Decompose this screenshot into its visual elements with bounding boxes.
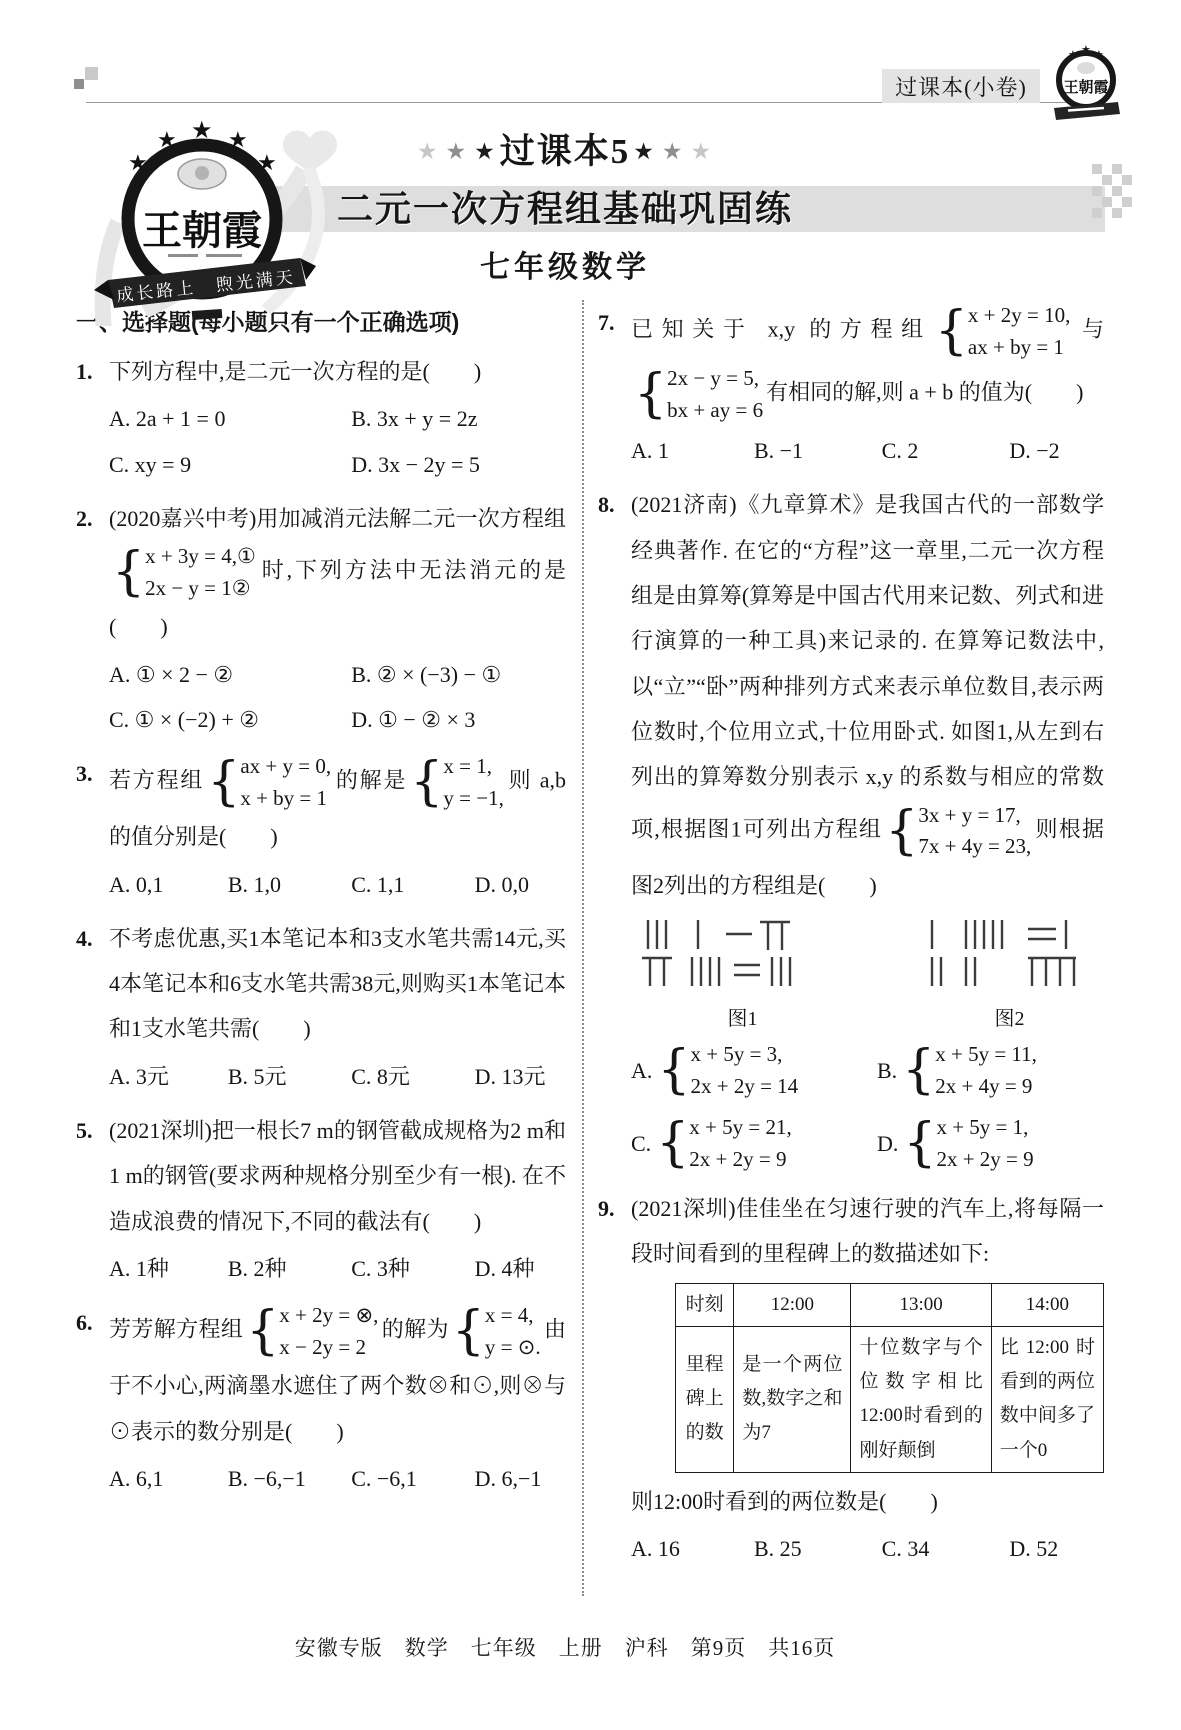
option-d: D. 13元: [475, 1054, 566, 1099]
equation-line: x + 3y = 4,①: [145, 541, 256, 573]
question-number: 2.: [76, 496, 109, 746]
equation-line: x + 5y = 11,: [935, 1039, 1037, 1071]
option-d: D. 4种: [475, 1246, 566, 1291]
equation-line: x = 4,: [485, 1300, 541, 1332]
question-text-part: 有相同的解,则 a + b 的值为( ): [766, 380, 1083, 405]
figure-2: 图2: [920, 916, 1100, 1033]
equation-line: y = −1,: [443, 783, 503, 815]
star-icon: ★: [1068, 49, 1078, 61]
option-a: A. 2a + 1 = 0: [109, 396, 351, 441]
question-9: 9. (2021深圳)佳佳坐在匀速行驶的汽车上,将每隔一段时间看到的里程碑上的数…: [598, 1186, 1104, 1575]
deco-square-dark: [74, 79, 84, 89]
star-icon: ★: [257, 150, 277, 175]
worksheet-page: 过课本(小卷) ★ ★ ★ 王朝霞 ★ ★ ★ ★ ★ 王朝霞 成长路上 煦光满…: [0, 0, 1181, 1730]
header-cell: 时刻: [676, 1283, 734, 1326]
equation-line: 2x − y = 1②: [145, 573, 256, 605]
header-cell: 12:00: [734, 1283, 851, 1326]
table-cell: 十位数字与个位数字相比12:00时看到的刚好颠倒: [851, 1326, 991, 1472]
option-d: D. 0,0: [475, 862, 566, 907]
column-divider: [582, 300, 584, 1596]
question-text-part: 芳芳解方程组: [109, 1317, 243, 1342]
brand-logo-small: ★ ★ ★ 王朝霞: [1038, 42, 1134, 134]
equation-system: 2x − y = 5,bx + ay = 6: [634, 363, 763, 426]
equation-system: x + 2y = 10,ax + by = 1: [935, 300, 1071, 363]
option-d: D. ① − ② × 3: [351, 697, 566, 742]
right-column: 7. 已知关于 x,y 的方程组x + 2y = 10,ax + by = 1与…: [598, 300, 1104, 1580]
question-4: 4. 不考虑优惠,买1本笔记本和3支水笔共需14元,买4本笔记本和6支水笔共需3…: [76, 916, 566, 1103]
question-text-part: (2021济南)《九章算术》是我国古代的一部数学经典著作. 在它的“方程”这一章…: [631, 492, 1104, 841]
option-label: A.: [631, 1048, 652, 1093]
deco-square-light: [85, 67, 98, 80]
rod-numeral-figures: 图1: [631, 916, 1104, 1033]
question-text-part: 的解是: [334, 768, 407, 793]
star-icon: ★: [630, 139, 659, 164]
question-number: 7.: [598, 300, 631, 477]
checker-decoration: [1092, 164, 1132, 220]
table-cell: 比12:00时看到的两位数中间多了一个0: [991, 1326, 1103, 1472]
option-d: D. −2: [1009, 428, 1104, 473]
equation-system: x + 5y = 1,2x + 2y = 9: [903, 1112, 1033, 1175]
option-a: A. ① × 2 − ②: [109, 652, 351, 697]
option-b: B. −1: [754, 428, 882, 473]
equation-line: ax + by = 1: [968, 332, 1070, 364]
option-b: B. 2种: [228, 1246, 351, 1291]
options-row: A. ① × 2 − ② B. ② × (−3) − ① C. ① × (−2)…: [109, 652, 566, 743]
star-icon: ★: [442, 139, 471, 164]
option-c: C. xy = 9: [109, 442, 351, 487]
brace-icon: [246, 1308, 279, 1355]
equation-system: x = 1,y = −1,: [410, 751, 504, 814]
logo-name: 王朝霞: [1063, 78, 1108, 96]
equation-line: ax + y = 0,: [240, 751, 331, 783]
brace-icon: [903, 1120, 936, 1167]
equation-line: x + 5y = 3,: [690, 1039, 798, 1071]
header-cell: 13:00: [851, 1283, 991, 1326]
logo-name: 王朝霞: [142, 208, 262, 253]
figure-1-caption: 图1: [636, 1005, 850, 1033]
question-number: 9.: [598, 1186, 631, 1575]
question-3: 3. 若方程组ax + y = 0,x + by = 1的解是x = 1,y =…: [76, 751, 566, 911]
option-b: B. 1,0: [228, 862, 351, 907]
equation-line: bx + ay = 6: [667, 395, 763, 427]
figure-1-rod-numerals: [636, 916, 850, 988]
equation-line: 2x − y = 5,: [667, 363, 763, 395]
option-c: C. 1,1: [351, 862, 474, 907]
equation-line: x − 2y = 2: [279, 1332, 378, 1364]
brace-icon: [656, 1120, 689, 1167]
option-label: B.: [877, 1048, 897, 1093]
option-d: D. 52: [1009, 1526, 1104, 1571]
options-row: A. 16 B. 25 C. 34 D. 52: [631, 1526, 1104, 1571]
equation-system: x + 5y = 11,2x + 4y = 9: [902, 1039, 1037, 1102]
brace-icon: [207, 759, 240, 806]
options-row: A. 2a + 1 = 0 B. 3x + y = 2z C. xy = 9 D…: [109, 396, 566, 487]
option-a: A. 0,1: [109, 862, 228, 907]
question-text: (2021深圳)把一根长7 m的钢管截成规格为2 m和1 m的钢管(要求两种规格…: [109, 1108, 566, 1244]
question-text-part: 已知关于 x,y 的方程组: [631, 317, 932, 342]
table-cell: 是一个两位数,数字之和为7: [734, 1326, 851, 1472]
heart-ribbon-deco: [283, 131, 337, 173]
page-footer: 安徽专版 数学 七年级 上册 沪科 第9页 共16页: [0, 1632, 1130, 1662]
question-text-part: (2020嘉兴中考)用加减消元法解二元一次方程组: [109, 506, 566, 531]
brace-icon: [935, 308, 968, 355]
header-cell: 14:00: [991, 1283, 1103, 1326]
equation-line: x + 2y = ⊗,: [279, 1300, 378, 1332]
options-row: A. 1种 B. 2种 C. 3种 D. 4种: [109, 1246, 566, 1291]
brace-icon: [902, 1047, 935, 1094]
option-a: A. 6,1: [109, 1456, 228, 1501]
equation-line: y = ⊙.: [485, 1332, 541, 1364]
option-c: C. 8元: [351, 1054, 474, 1099]
option-a: A. 1种: [109, 1246, 228, 1291]
option-a: A.x + 5y = 3,2x + 2y = 14: [631, 1039, 877, 1102]
option-d: D. 3x − 2y = 5: [351, 442, 566, 487]
equation-system: x + 5y = 3,2x + 2y = 14: [657, 1039, 798, 1102]
star-icon: ★: [1094, 49, 1104, 61]
question-number: 6.: [76, 1300, 109, 1505]
option-b: B. ② × (−3) − ①: [351, 652, 566, 697]
brace-icon: [634, 371, 667, 418]
question-6: 6. 芳芳解方程组x + 2y = ⊗,x − 2y = 2的解为x = 4,y…: [76, 1300, 566, 1505]
equation-line: x + 2y = 10,: [968, 300, 1070, 332]
logo-portrait-face: [195, 166, 209, 180]
equation-line: x + by = 1: [240, 783, 331, 815]
option-b: B. 5元: [228, 1054, 351, 1099]
question-text: 芳芳解方程组x + 2y = ⊗,x − 2y = 2的解为x = 4,y = …: [109, 1300, 566, 1454]
option-a: A. 1: [631, 428, 754, 473]
equation-system: x + 3y = 4,①2x − y = 1②: [112, 541, 256, 604]
star-icon: ★: [1081, 44, 1091, 56]
option-c: C.x + 5y = 21,2x + 2y = 9: [631, 1112, 877, 1175]
row-label-cell: 里程碑上的数: [676, 1326, 734, 1472]
logo-ribbon-tab: [192, 309, 223, 320]
option-b: B.x + 5y = 11,2x + 4y = 9: [877, 1039, 1104, 1102]
equation-line: 2x + 2y = 14: [690, 1071, 798, 1103]
question-7: 7. 已知关于 x,y 的方程组x + 2y = 10,ax + by = 1与…: [598, 300, 1104, 477]
equation-line: 2x + 2y = 9: [689, 1144, 791, 1176]
question-text: 若方程组ax + y = 0,x + by = 1的解是x = 1,y = −1…: [109, 751, 566, 859]
option-c: C. 2: [882, 428, 1010, 473]
option-c: C. 34: [882, 1526, 1010, 1571]
question-text: 下列方程中,是二元一次方程的是( ): [109, 349, 566, 394]
option-a: A. 16: [631, 1526, 754, 1571]
question-number: 5.: [76, 1108, 109, 1295]
option-c: C. 3种: [351, 1246, 474, 1291]
equation-system: x + 5y = 21,2x + 2y = 9: [656, 1112, 792, 1175]
equation-system: x = 4,y = ⊙.: [452, 1300, 541, 1363]
equation-line: 2x + 4y = 9: [935, 1071, 1037, 1103]
star-icon: ★: [414, 139, 443, 164]
option-b: B. 3x + y = 2z: [351, 396, 566, 441]
brace-icon: [452, 1308, 485, 1355]
question-text: (2021深圳)佳佳坐在匀速行驶的汽车上,将每隔一段时间看到的里程碑上的数描述如…: [631, 1186, 1104, 1277]
options-row: A. 1 B. −1 C. 2 D. −2: [631, 428, 1104, 473]
question-number: 4.: [76, 916, 109, 1103]
star-icon: ★: [157, 127, 177, 152]
question-text: (2020嘉兴中考)用加减消元法解二元一次方程组x + 3y = 4,①2x −…: [109, 496, 566, 650]
brace-icon: [885, 808, 918, 855]
figure-2-caption: 图2: [920, 1005, 1100, 1033]
star-icon: ★: [659, 139, 688, 164]
question-2: 2. (2020嘉兴中考)用加减消元法解二元一次方程组x + 3y = 4,①2…: [76, 496, 566, 746]
option-d: D.x + 5y = 1,2x + 2y = 9: [877, 1112, 1104, 1175]
equation-system: x + 2y = ⊗,x − 2y = 2: [246, 1300, 378, 1363]
equation-line: 3x + y = 17,: [918, 800, 1031, 832]
equation-line: x + 5y = 1,: [936, 1112, 1033, 1144]
question-text: (2021济南)《九章算术》是我国古代的一部数学经典著作. 在它的“方程”这一章…: [631, 482, 1104, 908]
equation-line: x = 1,: [443, 751, 503, 783]
logo-portrait: [1077, 62, 1095, 74]
figure-2-rod-numerals: [920, 916, 1100, 988]
logo-subtext-hint: [168, 254, 198, 257]
options-row: A. 6,1 B. −6,−1 C. −6,1 D. 6,−1: [109, 1456, 566, 1501]
question-number: 8.: [598, 482, 631, 1181]
option-c: C. −6,1: [351, 1456, 474, 1501]
left-column: 一、选择题(每小题只有一个正确选项) 1. 下列方程中,是二元一次方程的是( )…: [76, 300, 566, 1510]
logo-subtext-hint: [206, 254, 242, 257]
option-b: B. −6,−1: [228, 1456, 351, 1501]
question-8: 8. (2021济南)《九章算术》是我国古代的一部数学经典著作. 在它的“方程”…: [598, 482, 1104, 1181]
option-b: B. 25: [754, 1526, 882, 1571]
series-title-text: 过课本5: [500, 132, 631, 171]
star-icon: ★: [688, 139, 717, 164]
figure-1: 图1: [636, 916, 850, 1033]
table-header-row: 时刻 12:00 13:00 14:00: [676, 1283, 1104, 1326]
corner-tab-label: 过课本(小卷): [895, 71, 1027, 102]
question-number: 1.: [76, 349, 109, 491]
option-d: D. 6,−1: [475, 1456, 566, 1501]
question-number: 3.: [76, 751, 109, 911]
brace-icon: [112, 549, 145, 596]
question-text-part: 的解为: [381, 1317, 448, 1342]
star-icon: ★: [128, 150, 148, 175]
brand-logo: ★ ★ ★ ★ ★ 王朝霞 成长路上 煦光满天: [52, 104, 382, 326]
star-icon: ★: [228, 127, 248, 152]
star-icon: ★: [471, 139, 500, 164]
option-c: C. ① × (−2) + ②: [109, 697, 351, 742]
equation-line: x + 5y = 21,: [689, 1112, 791, 1144]
options-row: A. 3元 B. 5元 C. 8元 D. 13元: [109, 1054, 566, 1099]
equation-line: 2x + 2y = 9: [936, 1144, 1033, 1176]
question-5: 5. (2021深圳)把一根长7 m的钢管截成规格为2 m和1 m的钢管(要求两…: [76, 1108, 566, 1295]
question-text: 则12:00时看到的两位数是( ): [631, 1479, 1104, 1524]
option-label: C.: [631, 1121, 651, 1166]
brace-icon: [657, 1047, 690, 1094]
options-row: A. 0,1 B. 1,0 C. 1,1 D. 0,0: [109, 862, 566, 907]
equation-line: 7x + 4y = 23,: [918, 831, 1031, 863]
question-text: 不考虑优惠,买1本笔记本和3支水笔共需14元,买4本笔记本和6支水笔共需38元,…: [109, 916, 566, 1052]
table-row: 里程碑上的数 是一个两位数,数字之和为7 十位数字与个位数字相比12:00时看到…: [676, 1326, 1104, 1472]
milestone-table: 时刻 12:00 13:00 14:00 里程碑上的数 是一个两位数,数字之和为…: [675, 1283, 1104, 1473]
question-text-part: 与: [1073, 317, 1104, 342]
option-a: A. 3元: [109, 1054, 228, 1099]
brace-icon: [410, 759, 443, 806]
question-1: 1. 下列方程中,是二元一次方程的是( ) A. 2a + 1 = 0 B. 3…: [76, 349, 566, 491]
option-label: D.: [877, 1121, 898, 1166]
question-text: 已知关于 x,y 的方程组x + 2y = 10,ax + by = 1与2x …: [631, 300, 1104, 426]
star-icon: ★: [191, 118, 213, 144]
feather-deco: [103, 222, 122, 326]
question-text-part: 若方程组: [109, 768, 204, 793]
options-grid: A.x + 5y = 3,2x + 2y = 14 B.x + 5y = 11,…: [631, 1039, 1104, 1175]
corner-tab: 过课本(小卷): [882, 69, 1040, 103]
equation-system: 3x + y = 17,7x + 4y = 23,: [885, 800, 1031, 863]
equation-system: ax + y = 0,x + by = 1: [207, 751, 331, 814]
